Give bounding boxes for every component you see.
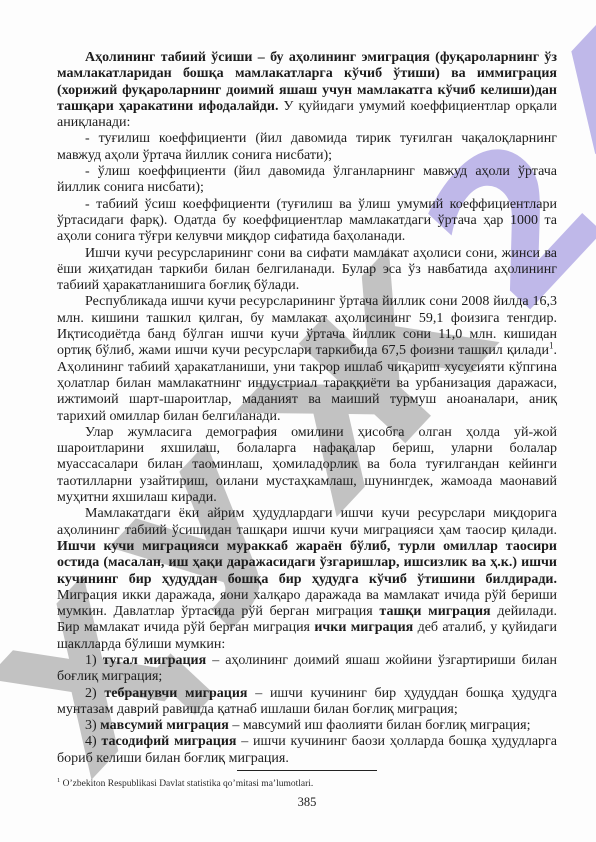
paragraph-2: - туғилиш коеффициенти (йил давомида тир… [57,131,557,164]
document-page: ҲУЖ24 Аҳолининг табиий ўсиши – бу аҳолин… [0,0,596,842]
paragraph-9: 1) тугал миграция – аҳолининг доимий яша… [57,653,557,686]
text-run: тасодифий миграция [101,734,241,749]
footnote: 1 O’zbekiton Respublikasi Davlat statist… [57,778,557,790]
text-run: Республикада ишчи кучи ресурсларининг ўр… [57,294,557,358]
body-text: Аҳолининг табиий ўсиши – бу аҳолининг эм… [57,50,557,810]
paragraph-7: Улар жумласига демография омилини ҳисобг… [57,425,557,506]
paragraph-8: Мамлакатдаги ёки айрим ҳудудлардаги ишчи… [57,506,557,653]
text-run: Улар жумласига демография омилини ҳисобг… [57,425,557,505]
text-run: - ўлиш коеффициенти (йил давомида ўлганл… [57,164,557,195]
text-run: 4) [85,734,101,749]
text-run: тебранувчи миграция [104,686,255,701]
paragraph-12: 4) тасодифий миграция – ишчи кучининг ба… [57,734,557,767]
text-run: 3) [85,718,100,733]
paragraph-11: 3) мавсумий миграция – мавсумий иш фаоли… [57,718,557,734]
text-run: – мавсумий иш фаолияти билан боғлиқ мигр… [232,718,530,733]
paragraph-6: Республикада ишчи кучи ресурсларининг ўр… [57,294,557,424]
footnote-text: O’zbekiton Respublikasi Davlat statistik… [60,779,313,789]
page-number: 385 [57,794,557,810]
text-run: тугал миграция [103,653,213,668]
footnote-divider [237,770,377,771]
paragraph-3: - ўлиш коеффициенти (йил давомида ўлганл… [57,164,557,197]
text-run: - туғилиш коеффициенти (йил давомида тир… [57,131,557,162]
paragraph-5: Ишчи кучи ресурсларининг сони ва сифати … [57,246,557,295]
text-run: мавсумий миграция [100,718,232,733]
text-run: ташқи миграция [379,604,497,619]
text-run: Ишчи кучи миграцияси мураккаб жараён бўл… [57,539,557,587]
paragraph-4: - табиий ўсиш коеффициенти (туғилиш ва ў… [57,197,557,246]
text-run: 1) [85,653,103,668]
text-run: - табиий ўсиш коеффициенти (туғилиш ва ў… [57,197,557,245]
paragraph-10: 2) тебранувчи миграция – ишчи кучининг б… [57,686,557,719]
text-run: Мамлакатдаги ёки айрим ҳудудлардаги ишчи… [57,506,557,537]
paragraph-1: Аҳолининг табиий ўсиши – бу аҳолининг эм… [57,50,557,131]
text-run: 2) [85,686,104,701]
text-run: ички миграция [314,620,417,635]
text-run: Ишчи кучи ресурсларининг сони ва сифати … [57,246,557,294]
